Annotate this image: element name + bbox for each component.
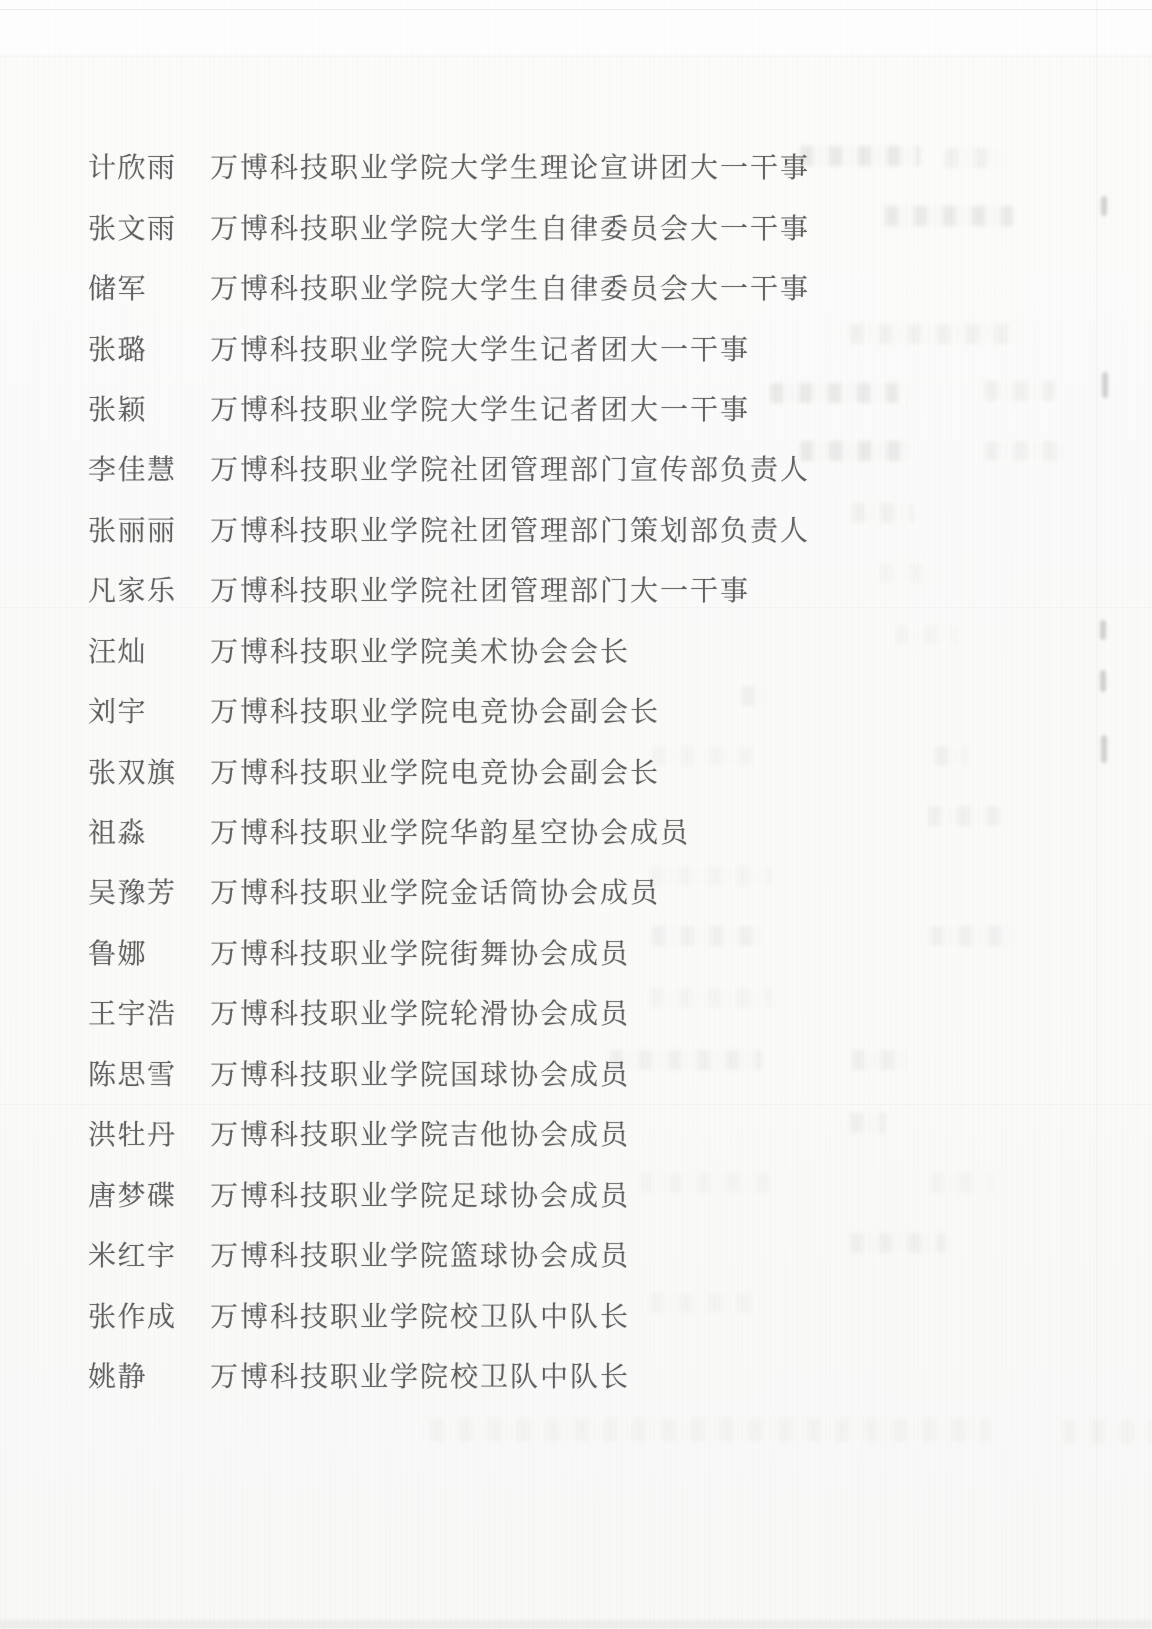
person-name: 计欣雨: [88, 146, 210, 186]
person-title: 万博科技职业学院大学生自律委员会大一干事: [210, 207, 810, 247]
roster-row: 张作成 万博科技职业学院校卫队中队长: [88, 1284, 810, 1344]
scan-speck: [1100, 670, 1106, 692]
roster-row: 姚静 万博科技职业学院校卫队中队长: [88, 1345, 810, 1405]
bleed-through-artifact: [985, 441, 1067, 461]
person-name: 唐梦碟: [88, 1174, 210, 1214]
roster-row: 刘宇 万博科技职业学院电竞协会副会长: [88, 680, 810, 740]
person-title: 万博科技职业学院华韵星空协会成员: [210, 811, 690, 851]
person-title: 万博科技职业学院篮球协会成员: [210, 1234, 630, 1274]
person-name: 洪牡丹: [88, 1113, 210, 1153]
scan-speck: [1101, 196, 1107, 216]
scan-line-artifact: [0, 9, 1152, 10]
person-title: 万博科技职业学院校卫队中队长: [210, 1295, 630, 1335]
person-title: 万博科技职业学院美术协会会长: [210, 630, 630, 670]
scan-speck: [1101, 735, 1107, 763]
person-name: 李佳慧: [88, 448, 210, 488]
bleed-through-artifact: [885, 206, 1013, 226]
person-name: 吴豫芳: [88, 871, 210, 911]
person-name: 凡家乐: [88, 569, 210, 609]
bleed-through-artifact: [850, 1113, 886, 1133]
person-name: 鲁娜: [88, 932, 210, 972]
roster-row: 凡家乐 万博科技职业学院社团管理部门大一干事: [88, 559, 810, 619]
bleed-through-artifact: [430, 1418, 990, 1442]
bleed-through-artifact: [800, 146, 920, 166]
roster-row: 陈思雪 万博科技职业学院国球协会成员: [88, 1043, 810, 1103]
bleed-through-artifact: [850, 324, 1010, 344]
person-name: 张颖: [88, 388, 210, 428]
roster-row: 计欣雨 万博科技职业学院大学生理论宣讲团大一干事: [88, 136, 810, 196]
roster-row: 张颖 万博科技职业学院大学生记者团大一干事: [88, 378, 810, 438]
person-title: 万博科技职业学院金话筒协会成员: [210, 871, 660, 911]
bleed-through-artifact: [852, 1050, 908, 1070]
bleed-through-artifact: [880, 563, 936, 583]
person-name: 陈思雪: [88, 1053, 210, 1093]
roster-row: 汪灿 万博科技职业学院美术协会会长: [88, 620, 810, 680]
roster-row: 祖淼 万博科技职业学院华韵星空协会成员: [88, 801, 810, 861]
bleed-through-artifact: [930, 926, 1016, 946]
person-name: 储军: [88, 267, 210, 307]
bleed-through-artifact: [850, 1233, 946, 1253]
scan-speck: [1100, 620, 1106, 640]
person-title: 万博科技职业学院吉他协会成员: [210, 1113, 630, 1153]
roster-row: 吴豫芳 万博科技职业学院金话筒协会成员: [88, 861, 810, 921]
person-name: 米红宇: [88, 1234, 210, 1274]
person-title: 万博科技职业学院大学生记者团大一干事: [210, 388, 750, 428]
person-title: 万博科技职业学院轮滑协会成员: [210, 992, 630, 1032]
person-title: 万博科技职业学院大学生理论宣讲团大一干事: [210, 146, 810, 186]
person-name: 张作成: [88, 1295, 210, 1335]
person-title: 万博科技职业学院电竞协会副会长: [210, 690, 660, 730]
person-name: 姚静: [88, 1355, 210, 1395]
bleed-through-artifact: [945, 148, 1003, 168]
scan-speck: [1102, 372, 1108, 398]
bleed-through-artifact: [930, 1173, 992, 1193]
person-title: 万博科技职业学院电竞协会副会长: [210, 751, 660, 791]
person-name: 张文雨: [88, 207, 210, 247]
roster-row: 张璐 万博科技职业学院大学生记者团大一干事: [88, 317, 810, 377]
roster-row: 李佳慧 万博科技职业学院社团管理部门宣传部负责人: [88, 438, 810, 498]
scan-bottom-band: [0, 1620, 1152, 1629]
person-title: 万博科技职业学院社团管理部门大一干事: [210, 569, 750, 609]
scanned-document-page: 计欣雨 万博科技职业学院大学生理论宣讲团大一干事 张文雨 万博科技职业学院大学生…: [0, 0, 1152, 1629]
person-name: 汪灿: [88, 630, 210, 670]
person-name: 张双旗: [88, 751, 210, 791]
roster-row: 张文雨 万博科技职业学院大学生自律委员会大一干事: [88, 196, 810, 256]
bleed-through-artifact: [895, 625, 957, 645]
roster-row: 鲁娜 万博科技职业学院街舞协会成员: [88, 922, 810, 982]
roster-row: 张双旗 万博科技职业学院电竞协会副会长: [88, 740, 810, 800]
bleed-through-artifact: [985, 381, 1055, 401]
roster-row: 张丽丽 万博科技职业学院社团管理部门策划部负责人: [88, 499, 810, 559]
bleed-through-artifact: [852, 503, 914, 523]
person-name: 张璐: [88, 328, 210, 368]
person-title: 万博科技职业学院大学生自律委员会大一干事: [210, 267, 810, 307]
roster-row: 洪牡丹 万博科技职业学院吉他协会成员: [88, 1103, 810, 1163]
person-title: 万博科技职业学院大学生记者团大一干事: [210, 328, 750, 368]
bleed-through-artifact: [935, 746, 967, 766]
bleed-through-artifact: [928, 806, 1004, 826]
scan-edge-line: [1096, 0, 1098, 1629]
person-name: 刘宇: [88, 690, 210, 730]
roster-row: 储军 万博科技职业学院大学生自律委员会大一干事: [88, 257, 810, 317]
person-title: 万博科技职业学院街舞协会成员: [210, 932, 630, 972]
roster-row: 米红宇 万博科技职业学院篮球协会成员: [88, 1224, 810, 1284]
roster-row: 唐梦碟 万博科技职业学院足球协会成员: [88, 1163, 810, 1223]
person-title: 万博科技职业学院国球协会成员: [210, 1053, 630, 1093]
scan-line-artifact: [0, 56, 1152, 57]
person-title: 万博科技职业学院足球协会成员: [210, 1174, 630, 1214]
bleed-through-artifact: [800, 441, 912, 461]
person-name: 张丽丽: [88, 509, 210, 549]
person-title: 万博科技职业学院社团管理部门策划部负责人: [210, 509, 810, 549]
roster-row: 王宇浩 万博科技职业学院轮滑协会成员: [88, 982, 810, 1042]
bleed-through-artifact: [1062, 1420, 1152, 1444]
person-name: 王宇浩: [88, 992, 210, 1032]
person-name: 祖淼: [88, 811, 210, 851]
roster-list: 计欣雨 万博科技职业学院大学生理论宣讲团大一干事 张文雨 万博科技职业学院大学生…: [88, 136, 810, 1405]
person-title: 万博科技职业学院社团管理部门宣传部负责人: [210, 448, 810, 488]
person-title: 万博科技职业学院校卫队中队长: [210, 1355, 630, 1395]
